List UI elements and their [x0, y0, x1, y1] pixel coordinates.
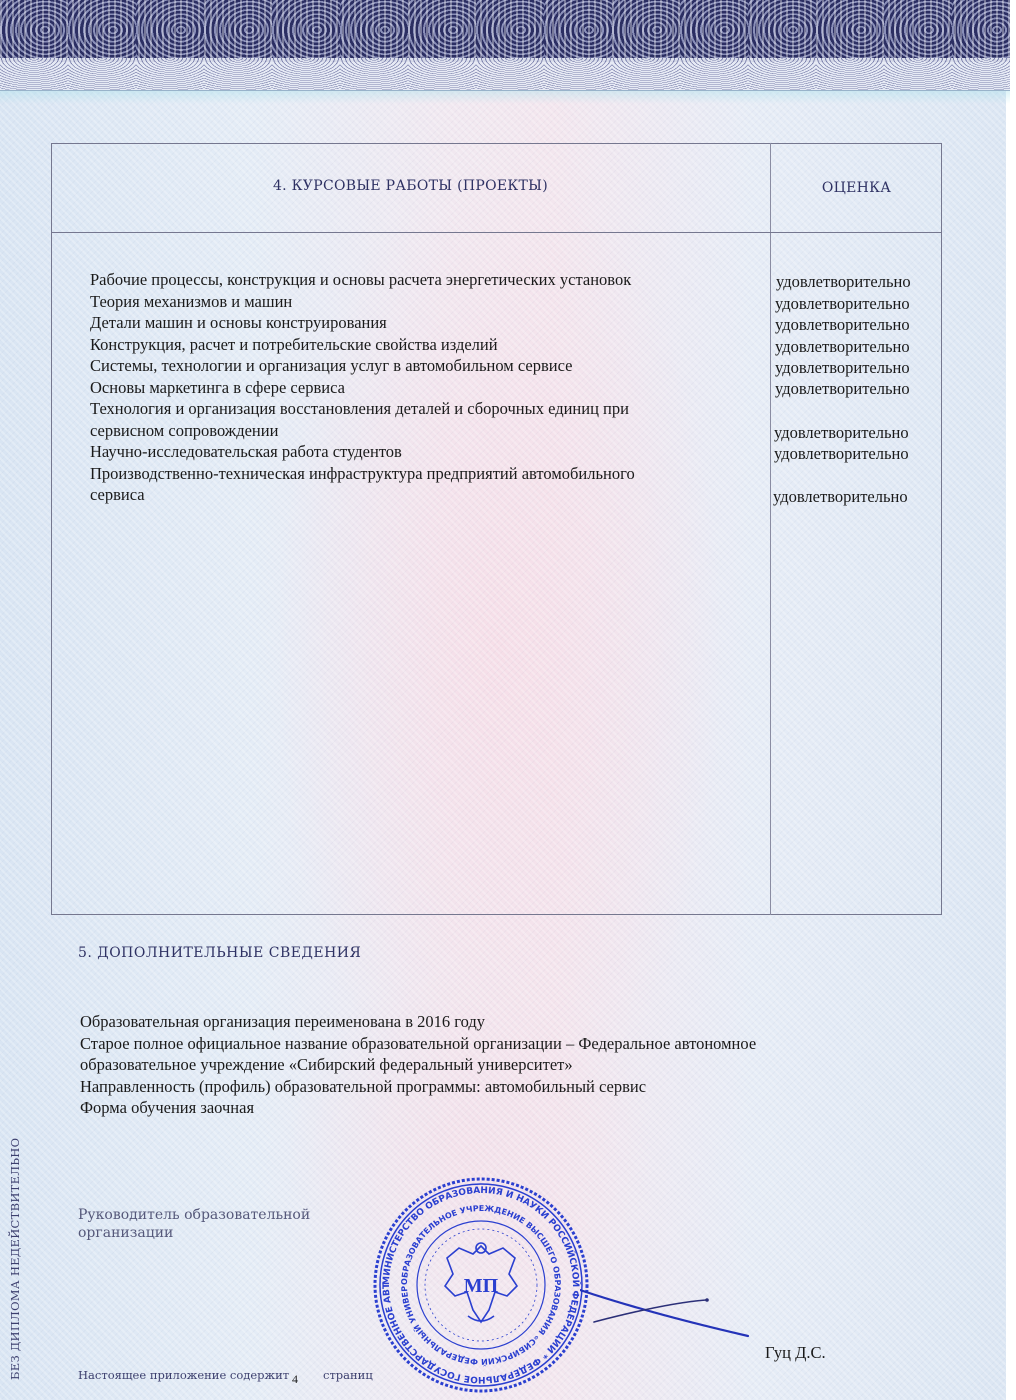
pages-count-value: 4 — [292, 1372, 298, 1387]
course-grade: удовлетворительно — [775, 358, 910, 378]
course-name: Конструкция, расчет и потребительские св… — [90, 334, 750, 356]
course-grade: удовлетворительно — [773, 487, 908, 507]
grade-column-header: ОЦЕНКА — [771, 180, 942, 196]
course-grade: удовлетворительно — [775, 337, 910, 357]
coursework-table — [51, 143, 942, 915]
course-name: Технология и организация восстановления … — [90, 398, 750, 420]
course-name: Теория механизмов и машин — [90, 291, 750, 313]
additional-info-title: 5. ДОПОЛНИТЕЛЬНЫЕ СВЕДЕНИЯ — [78, 945, 361, 961]
security-pattern-border — [0, 58, 1010, 91]
course-name: Научно-исследовательская работа студенто… — [90, 441, 750, 463]
security-pattern-fade — [0, 90, 1010, 104]
label-line: Руководитель образовательной — [78, 1206, 328, 1224]
info-line: образовательное учреждение «Сибирский фе… — [80, 1054, 880, 1076]
course-name: Системы, технологии и организация услуг … — [90, 355, 750, 377]
table-header-divider — [51, 232, 942, 233]
signature-icon — [580, 1280, 760, 1360]
coursework-section-title: 4. КУРСОВЫЕ РАБОТЫ (ПРОЕКТЫ) — [51, 178, 770, 194]
course-grade: удовлетворительно — [775, 379, 910, 399]
course-name-continued: сервиса — [90, 484, 750, 506]
course-name: Производственно-техническая инфраструкту… — [90, 463, 750, 485]
course-grade: удовлетворительно — [774, 423, 909, 443]
security-pattern-band — [0, 0, 1010, 62]
course-name-continued: сервисном сопровождении — [90, 420, 750, 442]
info-line: Направленность (профиль) образовательной… — [80, 1076, 880, 1098]
course-grade: удовлетворительно — [774, 444, 909, 464]
course-name: Основы маркетинга в сфере сервиса — [90, 377, 750, 399]
official-seal-icon: МИНИСТЕРСТВО ОБРАЗОВАНИЯ И НАУКИ РОССИЙС… — [372, 1176, 590, 1394]
course-name: Рабочие процессы, конструкция и основы р… — [90, 269, 750, 291]
course-grade: удовлетворительно — [776, 272, 911, 292]
label-line: организации — [78, 1224, 328, 1242]
validity-notice: БЕЗ ДИПЛОМА НЕДЕЙСТВИТЕЛЬНО — [8, 1138, 22, 1380]
course-grade: удовлетворительно — [775, 315, 910, 335]
info-line: Форма обучения заочная — [80, 1097, 880, 1119]
signer-name: Гуц Д.С. — [765, 1343, 826, 1363]
coursework-list: Рабочие процессы, конструкция и основы р… — [90, 269, 750, 506]
course-name: Детали машин и основы конструирования — [90, 312, 750, 334]
info-line: Образовательная организация переименован… — [80, 1011, 880, 1033]
pages-count-prefix: Настоящее приложение содержит — [78, 1368, 289, 1382]
table-column-divider — [770, 143, 771, 915]
additional-info-text: Образовательная организация переименован… — [80, 1011, 880, 1119]
pages-count-suffix: страниц — [323, 1368, 373, 1382]
head-of-organization-label: Руководитель образовательной организации — [78, 1206, 328, 1242]
stamp-mp-label: МП — [464, 1275, 499, 1297]
course-grade: удовлетворительно — [775, 294, 910, 314]
info-line: Старое полное официальное название образ… — [80, 1033, 880, 1055]
